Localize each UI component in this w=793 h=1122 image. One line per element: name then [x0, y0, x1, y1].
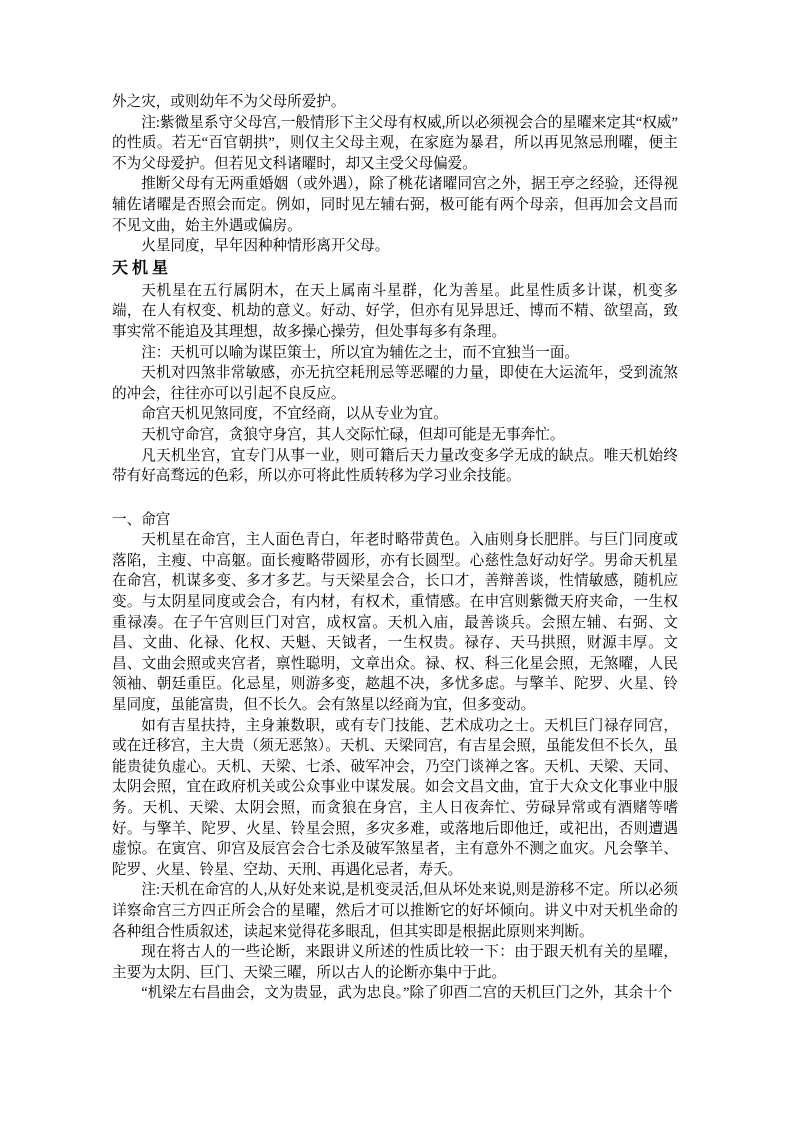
paragraph: 天机星在五行属阴木，在天上属南斗星群，化为善星。此星性质多计谋，机变多端，在人有… [112, 281, 678, 343]
note-paragraph: 注:紫微星系守父母宫,一般情形下主父母有权威,所以必须视会合的星曜来定其“权威”… [112, 113, 678, 175]
note-paragraph: 注：天机可以喻为谋臣策士，所以宜为辅佐之士，而不宜独当一面。 [112, 343, 678, 364]
paragraph: 如有吉星扶持，主身兼数职，或有专门技能、艺术成功之士。天机巨门禄存同宫，或在迁移… [112, 716, 678, 881]
paragraph: 天机对四煞非常敏感，亦无抗空耗刑忌等恶曜的力量，即使在大运流年，受到流煞的冲会，… [112, 363, 678, 404]
document-page: 外之灾，或则幼年不为父母所爱护。 注:紫微星系守父母宫,一般情形下主父母有权威,… [0, 0, 793, 1122]
paragraph: 凡天机坐宫，宜专门从事一业，则可籍后天力量改变多学无成的缺点。唯天机始终带有好高… [112, 446, 678, 487]
paragraph: 命宫天机见煞同度，不宜经商，以从专业为宜。 [112, 404, 678, 425]
note-paragraph: 注:天机在命宫的人,从好处来说,是机变灵活,但从坏处来说,则是游移不定。所以必须… [112, 880, 678, 942]
paragraph: 天机星在命宫，主人面色青白，年老时略带黄色。入庙则身长肥胖。与巨门同度或落陷，主… [112, 530, 678, 715]
document-body: 外之灾，或则幼年不为父母所爱护。 注:紫微星系守父母宫,一般情形下主父母有权威,… [112, 92, 678, 1004]
paragraph: 火星同度，早年因种种情形离开父母。 [112, 236, 678, 257]
chapter-title: 天 机 星 [112, 257, 678, 281]
quote-paragraph: “机梁左右昌曲会，文为贵显，武为忠良。”除了卯酉二宫的天机巨门之外，其余十个 [112, 983, 678, 1004]
section-title: 一、命宫 [112, 510, 678, 531]
paragraph-continuation: 外之灾，或则幼年不为父母所爱护。 [112, 92, 678, 113]
paragraph: 现在将古人的一些论断，来跟讲义所述的性质比较一下：由于跟天机有关的星曜，主要为太… [112, 942, 678, 983]
paragraph: 推断父母有无两重婚姻（或外遇），除了桃花诸曜同宫之外，据王亭之经验，还得视辅佐诸… [112, 174, 678, 236]
paragraph: 天机守命宫，贪狼守身宫，其人交际忙碌，但却可能是无事奔忙。 [112, 425, 678, 446]
